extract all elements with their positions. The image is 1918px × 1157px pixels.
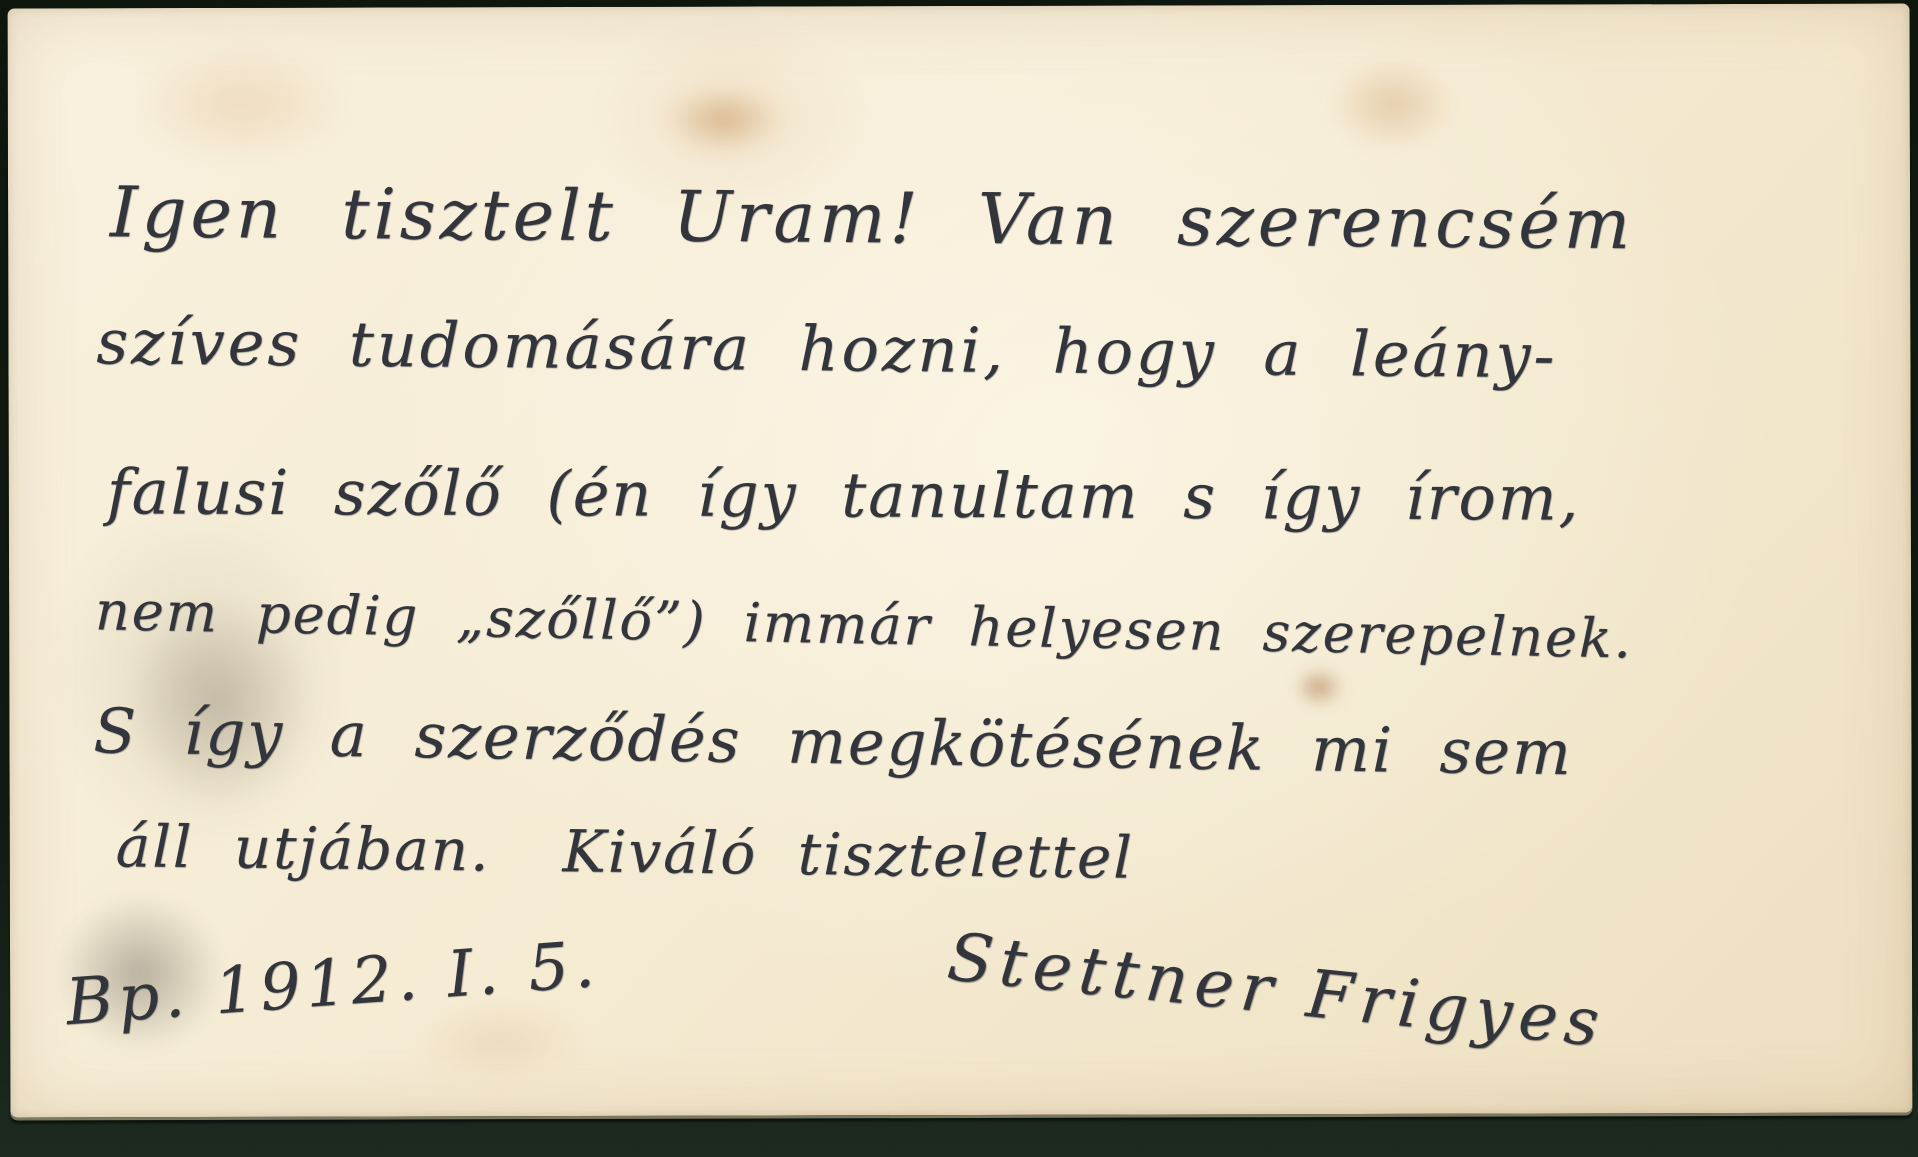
stain-spot [1328, 57, 1458, 152]
closing-phrase: Kiváló tisztelettel [562, 817, 1134, 891]
handwriting-line-1: Igen tisztelt Uram! Van szerencsém [110, 171, 1635, 265]
handwriting-line-2: szíves tudomására hozni, hogy a leány- [96, 305, 1558, 392]
stain-spot [663, 84, 783, 154]
handwriting-line-4: nem pedig „szőllő”) immár helyesen szere… [95, 579, 1634, 670]
handwriting-line-6-text: áll utjában. [115, 812, 491, 884]
stain-spot [1293, 667, 1345, 707]
line-gap [490, 870, 562, 871]
dateline: Bp. 1912. I. 5. [63, 928, 601, 1040]
handwriting-line-3: falusi szőlő (én így tanultam s így írom… [107, 455, 1581, 534]
handwriting-line-6: áll utjában.Kiváló tisztelettel [115, 812, 1134, 892]
scan-background: Igen tisztelt Uram! Van szerencsém szíve… [0, 0, 1918, 1157]
postcard: Igen tisztelt Uram! Van szerencsém szíve… [8, 4, 1913, 1118]
handwriting-line-5: S így a szerződés megkötésének mi sem [93, 694, 1573, 789]
stain-spot [128, 38, 358, 169]
signature: Stettner Frigyes [944, 918, 1609, 1062]
